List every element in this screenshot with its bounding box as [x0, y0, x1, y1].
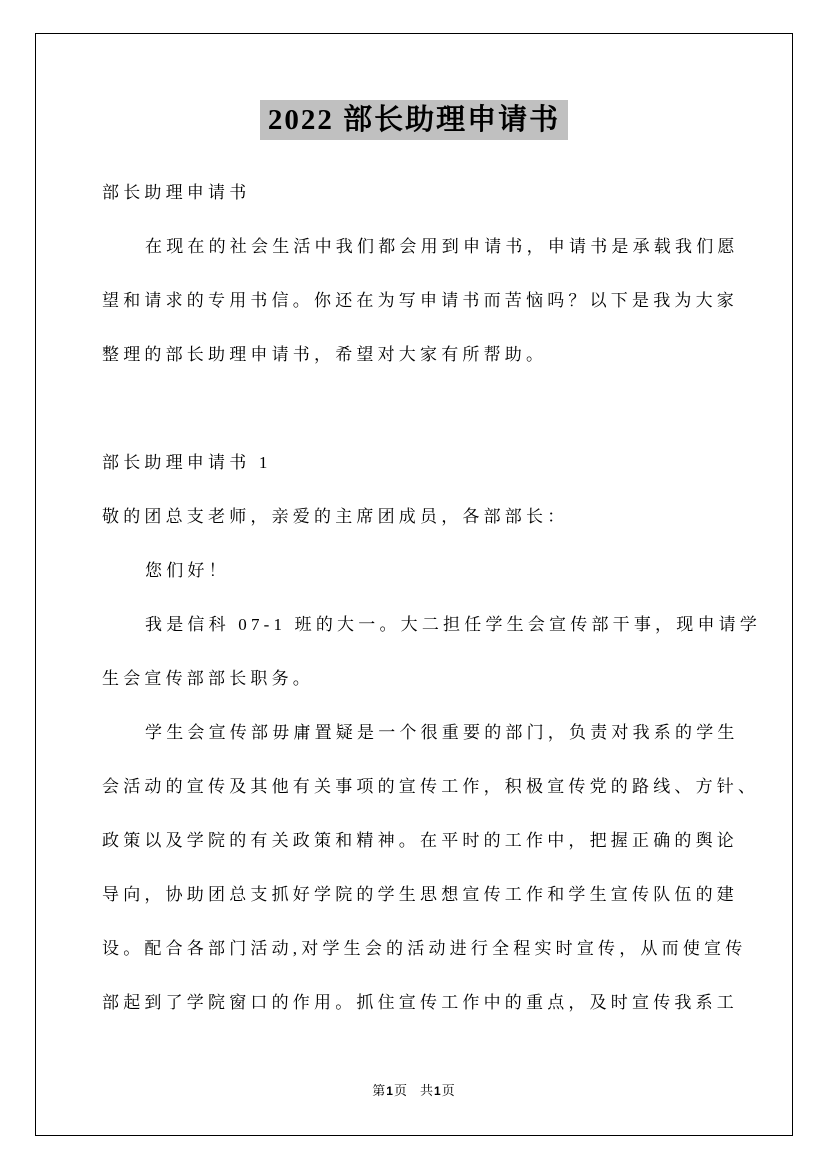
- text-line: 生会宣传部部长职务。: [102, 652, 762, 706]
- footer-total-pages-prefix: 共: [420, 1083, 434, 1098]
- text-line: 您们好！: [102, 544, 762, 598]
- document-body: 部长助理申请书在现在的社会生活中我们都会用到申请书，申请书是承载我们愿望和请求的…: [102, 166, 762, 1030]
- footer-current-page-number: 1: [386, 1084, 394, 1098]
- text-line: 政策以及学院的有关政策和精神。在平时的工作中，把握正确的舆论: [102, 814, 762, 868]
- text-line: 部长助理申请书 1: [102, 436, 762, 490]
- text-line: 学生会宣传部毋庸置疑是一个很重要的部门，负责对我系的学生: [102, 706, 762, 760]
- text-line: 我是信科 07-1 班的大一。大二担任学生会宣传部干事，现申请学: [102, 598, 762, 652]
- blank-line: [102, 382, 762, 436]
- page-footer: 第1页共1页: [36, 1080, 792, 1099]
- footer-total-pages: 共1页: [420, 1083, 456, 1098]
- text-line: 望和请求的专用书信。你还在为写申请书而苦恼吗？以下是我为大家: [102, 274, 762, 328]
- text-line: 整理的部长助理申请书，希望对大家有所帮助。: [102, 328, 762, 382]
- text-line: 部长助理申请书: [102, 166, 762, 220]
- footer-current-page: 第1页: [372, 1083, 408, 1098]
- text-line: 会活动的宣传及其他有关事项的宣传工作，积极宣传党的路线、方针、: [102, 760, 762, 814]
- text-line: 导向，协助团总支抓好学院的学生思想宣传工作和学生宣传队伍的建: [102, 868, 762, 922]
- document-title: 2022 部长助理申请书: [36, 100, 792, 140]
- text-line: 部起到了学院窗口的作用。抓住宣传工作中的重点，及时宣传我系工: [102, 976, 762, 1030]
- document-page: 2022 部长助理申请书 部长助理申请书在现在的社会生活中我们都会用到申请书，申…: [35, 33, 793, 1136]
- footer-current-page-prefix: 第: [372, 1083, 386, 1098]
- footer-total-pages-number: 1: [434, 1084, 442, 1098]
- text-line: 在现在的社会生活中我们都会用到申请书，申请书是承载我们愿: [102, 220, 762, 274]
- text-line: 敬的团总支老师，亲爱的主席团成员，各部部长：: [102, 490, 762, 544]
- text-line: 设。配合各部门活动,对学生会的活动进行全程实时宣传，从而使宣传: [102, 922, 762, 976]
- footer-current-page-suffix: 页: [394, 1083, 408, 1098]
- footer-total-pages-suffix: 页: [442, 1083, 456, 1098]
- document-title-text: 2022 部长助理申请书: [260, 100, 568, 140]
